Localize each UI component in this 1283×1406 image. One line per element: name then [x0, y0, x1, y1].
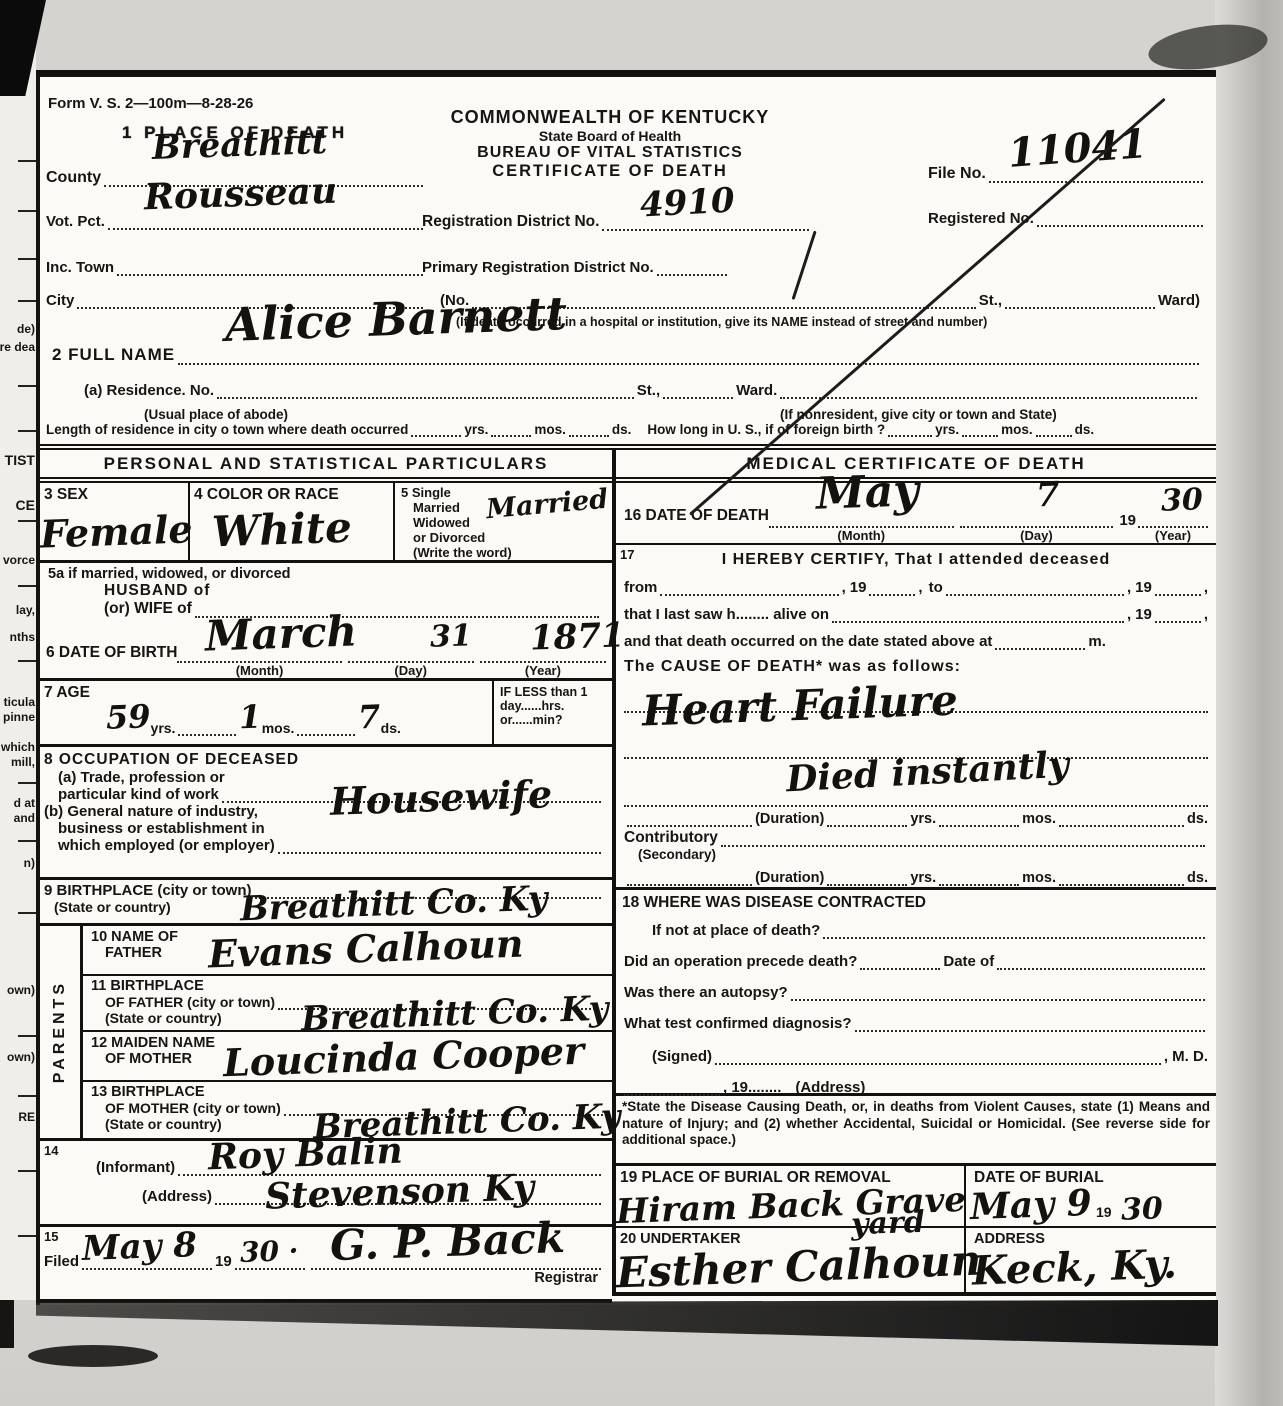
- city-label: City: [46, 292, 74, 309]
- scanned-death-certificate: de) re dea TIST CE vorce lay, nths ticul…: [0, 0, 1283, 1406]
- commonwealth-title: COMMONWEALTH OF KENTUCKY: [370, 107, 850, 128]
- strip-fragment: nths: [10, 630, 35, 644]
- strip-fragment: and: [14, 811, 35, 825]
- certify-line: I HEREBY CERTIFY, That I attended deceas…: [616, 545, 1216, 569]
- strip-fragment: mill,: [11, 755, 35, 769]
- strip-fragment: de): [17, 322, 35, 336]
- residence-st-label: St.,: [637, 382, 660, 399]
- dob-day-value: 31: [429, 618, 472, 654]
- strip-fragment: own): [7, 1050, 35, 1064]
- marital-option: or Divorced: [401, 530, 612, 545]
- dod-day-value: 7: [1035, 475, 1060, 516]
- yrs-label: yrs.: [935, 422, 959, 437]
- date-of-death-row: 16 DATE OF DEATH (Month) (Day) 19 (Year)…: [616, 483, 1216, 545]
- occupation-row: 8 OCCUPATION OF DECEASED (a) Trade, prof…: [40, 747, 612, 880]
- husband-of-label: HUSBAND of: [40, 582, 612, 600]
- contributory-label: Contributory: [624, 829, 718, 847]
- mother-name-row: 12 MAIDEN NAME OF MOTHER Loucinda Cooper: [83, 1032, 612, 1082]
- q-not-at-place: If not at place of death?: [652, 922, 820, 939]
- filed-number: 15: [44, 1229, 58, 1244]
- signed-label: (Signed): [652, 1048, 712, 1065]
- strip-fragment: ticula: [4, 695, 35, 709]
- father-value: Evans Calhoun: [207, 921, 524, 977]
- ds-label: ds.: [1075, 422, 1095, 437]
- registrar-signature: G. P. Back: [329, 1213, 565, 1270]
- death-certificate-form: Form V. S. 2—100m—8-28-26 1 PLACE OF DEA…: [36, 70, 1216, 1305]
- reg-district-label: Registration District No.: [422, 213, 599, 231]
- disease-title: 18 WHERE WAS DISEASE CONTRACTED: [616, 890, 1216, 912]
- filed-label: Filed: [44, 1253, 79, 1270]
- date-of-death-label: 16 DATE OF DEATH: [624, 507, 769, 543]
- occupation-b-label2: business or establishment in: [40, 820, 612, 837]
- inc-town-label: Inc. Town: [46, 259, 114, 276]
- strip-fragment: re dea: [0, 340, 35, 354]
- q-operation: Did an operation precede death?: [624, 953, 857, 970]
- sex-label: 3 SEX: [40, 483, 188, 504]
- certify-number: 17: [620, 547, 634, 562]
- filed-date-value: May 8: [81, 1225, 197, 1269]
- informant-label: (Informant): [96, 1159, 175, 1176]
- q-date-of: Date of: [943, 953, 994, 970]
- residence-row: (a) Residence. No. St., Ward.: [84, 382, 1200, 399]
- dod-month-value: May: [815, 465, 919, 520]
- strip-fragment: pinne: [3, 710, 35, 724]
- medical-column: MEDICAL CERTIFICATE OF DEATH 16 DATE OF …: [612, 450, 1216, 1296]
- occupation-label: 8 OCCUPATION OF DECEASED: [40, 747, 612, 769]
- m-label: m.: [1088, 633, 1106, 650]
- age-row: 7 AGE 59 yrs. 1 mos. 7 ds.: [40, 681, 612, 747]
- file-no-label: File No.: [928, 165, 986, 183]
- vot-pct-value: Rousseau: [143, 170, 337, 219]
- if-less-note: IF LESS than 1: [500, 685, 612, 699]
- father-name-row: 10 NAME OF FATHER Evans Calhoun: [83, 926, 612, 976]
- howlong-label: How long in U. S., if of foreign birth ?: [647, 422, 885, 437]
- comma: ,: [1204, 579, 1208, 596]
- registered-no-row: Registered No.: [928, 210, 1206, 227]
- from-label: from: [624, 579, 657, 596]
- cause-block: Heart Failure Died instantly (Duration) …: [616, 697, 1216, 825]
- personal-section-title: PERSONAL AND STATISTICAL PARTICULARS: [40, 450, 612, 483]
- informant-address-label: (Address): [142, 1188, 212, 1205]
- cause-value: Heart Failure: [641, 676, 958, 736]
- parents-block: PARENTS 10 NAME OF FATHER Evans Calhoun …: [40, 926, 612, 1141]
- cert-19: 19: [1131, 579, 1152, 596]
- paper-bottom-shadow: [36, 1300, 1218, 1346]
- ds-label: ds.: [1187, 870, 1208, 886]
- state-header: COMMONWEALTH OF KENTUCKY State Board of …: [370, 107, 850, 181]
- street-ward-label: Ward): [1158, 292, 1200, 309]
- q-test: What test confirmed diagnosis?: [624, 1015, 852, 1032]
- cert-19: 19: [1131, 606, 1152, 623]
- strip-fragment: CE: [16, 497, 35, 513]
- primary-reg-label: Primary Registration District No.: [422, 259, 654, 276]
- age-mos-label: mos.: [262, 720, 295, 736]
- ds-label: ds.: [612, 422, 632, 437]
- county-label: County: [46, 169, 101, 187]
- md-label: , M. D.: [1164, 1048, 1208, 1065]
- undertaker-row: 20 UNDERTAKER Esther Calhoun ADDRESS Kec…: [616, 1228, 1216, 1296]
- father-bp-label2: OF FATHER (city or town): [105, 994, 275, 1010]
- burial-date-value: May 9: [969, 1182, 1092, 1228]
- board-subtitle: State Board of Health: [370, 128, 850, 144]
- age-yrs-label: yrs.: [151, 720, 176, 736]
- cert-19: 19: [846, 579, 867, 596]
- registrar-label: Registrar: [40, 1270, 612, 1286]
- full-name-row: 2 FULL NAME: [52, 345, 1202, 365]
- filed-year-value: 30 ·: [239, 1234, 299, 1269]
- strip-fragment: RE: [18, 1110, 35, 1124]
- scan-smudge-artifact: [0, 1300, 14, 1348]
- residence-label: (a) Residence. No.: [84, 382, 214, 399]
- day-sub: (Day): [960, 528, 1114, 543]
- occupation-value: Housewife: [329, 771, 553, 824]
- day-sub: (Day): [348, 663, 474, 678]
- occupation-b-label3: which employed (or employer): [58, 837, 275, 854]
- parents-vertical-label: PARENTS: [40, 926, 83, 1138]
- strip-fragment: vorce: [3, 553, 35, 567]
- scan-edge-right: [1215, 0, 1283, 1406]
- personal-column: PERSONAL AND STATISTICAL PARTICULARS 3 S…: [40, 450, 612, 1303]
- dod-19: 19: [1113, 512, 1138, 543]
- duration-label: (Duration): [755, 870, 824, 886]
- occupation-a-label2: particular kind of work: [58, 786, 219, 803]
- contributory-block: Contributory (Secondary) (Duration) yrs.…: [616, 825, 1216, 890]
- mos-label: mos.: [1022, 870, 1056, 886]
- full-name-value: Alice Barnett: [224, 286, 568, 352]
- birthplace-row: 9 BIRTHPLACE (city or town) (State or co…: [40, 880, 612, 926]
- to-label: to: [923, 579, 943, 596]
- length-residence-label: Length of residence in city o town where…: [46, 422, 408, 437]
- dob-row: 6 DATE OF BIRTH (Month) (Day) (Year) Mar…: [40, 633, 612, 681]
- if-less-note: day......hrs.: [500, 699, 612, 713]
- strip-fragment: own): [7, 983, 35, 997]
- residence-ward-label: Ward.: [736, 382, 777, 399]
- death-occurred-label: and that death occurred on the date stat…: [624, 633, 992, 650]
- undertaker-address-value: Keck, Ky.: [971, 1240, 1177, 1294]
- strip-fragment: which: [1, 740, 35, 754]
- county-value: Breathitt: [151, 122, 327, 168]
- q-autopsy: Was there an autopsy?: [624, 984, 788, 1001]
- month-sub: (Month): [177, 663, 341, 678]
- abode-note: (Usual place of abode): [144, 407, 288, 422]
- dob-year-value: 1871: [529, 615, 625, 658]
- cause-label: The CAUSE OF DEATH* was as follows:: [616, 650, 1216, 676]
- particulars-table: PERSONAL AND STATISTICAL PARTICULARS 3 S…: [40, 444, 1216, 1303]
- mother-birthplace-row: 13 BIRTHPLACE OF MOTHER (city or town) (…: [83, 1082, 612, 1138]
- primary-reg-row: Primary Registration District No.: [422, 259, 842, 276]
- strip-fragment: d at: [14, 796, 35, 810]
- race-label: 4 COLOR OR RACE: [190, 483, 393, 504]
- yrs-label: yrs.: [910, 870, 936, 886]
- certify-block: 17 I HEREBY CERTIFY, That I attended dec…: [616, 545, 1216, 675]
- yrs-label: yrs.: [464, 422, 488, 437]
- address-19: , 19........: [723, 1079, 781, 1096]
- inc-town-row: Inc. Town: [46, 259, 426, 276]
- burial-year-value: 30: [1120, 1191, 1163, 1227]
- husband-wife-label: 5a if married, widowed, or divorced: [40, 563, 612, 582]
- last-saw-label: that I last saw h........ alive on: [624, 606, 829, 623]
- footnote-block: *State the Disease Causing Death, or, in…: [616, 1096, 1216, 1166]
- filed-19: 19: [215, 1253, 232, 1270]
- filed-row: 15 Filed 19 May 8 30 · G. P. Back Regist…: [40, 1227, 612, 1303]
- dod-year-value: 30: [1160, 482, 1203, 518]
- strip-fragment: TIST: [5, 452, 35, 468]
- mos-label: mos.: [1001, 422, 1033, 437]
- burial-value2: yard: [850, 1205, 925, 1243]
- burial-19: 19: [1096, 1204, 1112, 1220]
- strip-fragment: n): [24, 856, 35, 870]
- full-name-label: 2 FULL NAME: [52, 345, 175, 365]
- sex-race-marital-row: 3 SEX Female 4 COLOR OR RACE White 5 Sin…: [40, 483, 612, 563]
- dob-label: 6 DATE OF BIRTH: [46, 644, 177, 678]
- comma: ,: [1204, 606, 1208, 623]
- dob-month-value: March: [204, 606, 358, 660]
- form-code: Form V. S. 2—100m—8-28-26: [48, 95, 253, 112]
- address-label: (Address): [781, 1079, 865, 1096]
- year-sub: (Year): [480, 663, 606, 678]
- informant-address-value: Stevenson Ky: [264, 1166, 534, 1217]
- sex-value: Female: [39, 506, 193, 556]
- certificate-title: CERTIFICATE OF DEATH: [370, 162, 850, 181]
- scan-smudge-artifact: [28, 1345, 158, 1367]
- vot-pct-label: Vot. Pct.: [46, 213, 105, 230]
- informant-number: 14: [44, 1143, 58, 1158]
- adjacent-page-strip: de) re dea TIST CE vorce lay, nths ticul…: [0, 0, 36, 1300]
- birthplace-label: 9 BIRTHPLACE (city or town): [44, 882, 252, 899]
- if-less-note: or......min?: [500, 713, 612, 727]
- strip-fragment: lay,: [16, 603, 35, 617]
- marital-note: (Write the word): [401, 545, 612, 560]
- wife-of-label: (or) WIFE of: [104, 600, 192, 618]
- burial-row: 19 PLACE OF BURIAL OR REMOVAL Hiram Back…: [616, 1166, 1216, 1228]
- reg-district-row: Registration District No.: [422, 213, 812, 231]
- mos-label: mos.: [534, 422, 566, 437]
- street-st-label: St.,: [979, 292, 1002, 309]
- secondary-label: (Secondary): [616, 847, 1216, 862]
- age-mos-value: 1: [239, 698, 263, 737]
- disease-contracted-block: 18 WHERE WAS DISEASE CONTRACTED If not a…: [616, 890, 1216, 1096]
- violent-causes-footnote: *State the Disease Causing Death, or, in…: [616, 1096, 1216, 1149]
- mother-bp-label: 13 BIRTHPLACE: [83, 1082, 612, 1100]
- year-sub: (Year): [1138, 528, 1208, 543]
- vot-pct-row: Vot. Pct.: [46, 213, 426, 230]
- age-ds-label: ds.: [381, 720, 401, 736]
- age-yrs-value: 59: [105, 697, 151, 737]
- father-birthplace-row: 11 BIRTHPLACE OF FATHER (city or town) (…: [83, 976, 612, 1032]
- reg-district-value: 4910: [639, 181, 736, 226]
- mother-bp-label2: OF MOTHER (city or town): [105, 1100, 281, 1116]
- month-sub: (Month): [769, 528, 954, 543]
- age-ds-value: 7: [358, 698, 382, 737]
- bureau-subtitle: BUREAU OF VITAL STATISTICS: [370, 144, 850, 162]
- length-residence-row: Length of residence in city o town where…: [46, 421, 1206, 437]
- race-value: White: [211, 503, 352, 557]
- nonresident-note: (If nonresident, give city or town and S…: [780, 407, 1057, 422]
